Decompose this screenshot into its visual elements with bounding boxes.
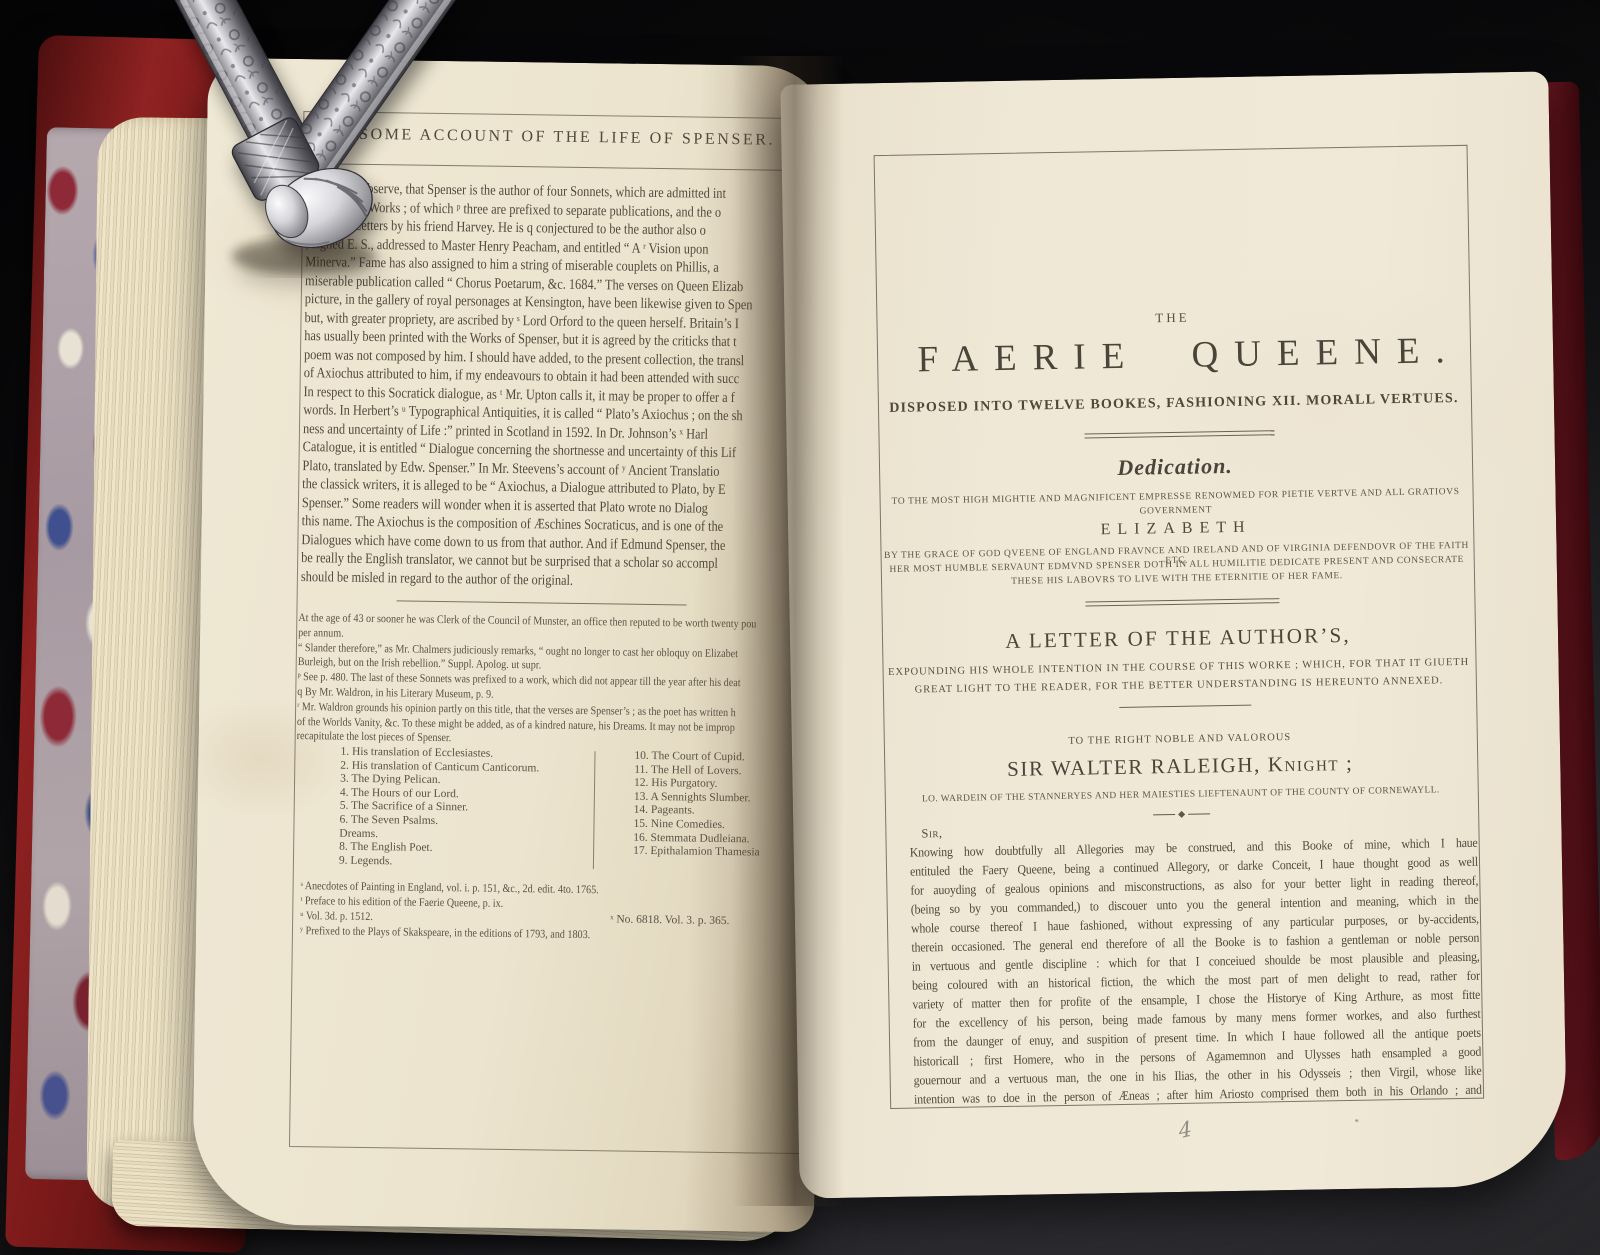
list-column-divider	[593, 751, 596, 869]
right-page: THE FAERIE QUEENE. DISPOSED INTO TWELVE …	[780, 71, 1567, 1198]
silver-book-clasp-icon	[98, 0, 490, 298]
book-photo: SOME ACCOUNT OF THE LIFE OF SPENSER. rem…	[0, 0, 1600, 1255]
letter-body: Knowing how doubtfully all Allegories ma…	[910, 833, 1483, 1115]
signature-mark: *	[1354, 1117, 1359, 1127]
pencil-annotation: 4	[1177, 1116, 1193, 1143]
text-line: 9. Legends.	[339, 854, 589, 871]
salutation: Sir,	[921, 826, 942, 841]
lost-pieces-column-1: 1. His translation of Ecclesiastes.2. Hi…	[339, 746, 591, 872]
